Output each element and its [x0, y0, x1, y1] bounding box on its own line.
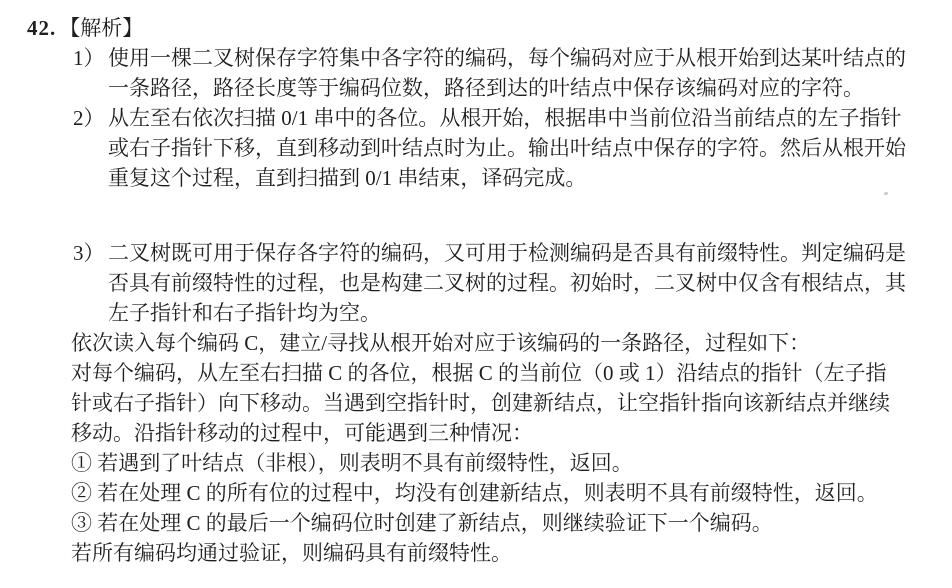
- text-line: 依次读入每个编码 C，建立/寻找从根开始对应于该编码的一条路径，过程如下：: [71, 328, 944, 358]
- text-line: 移动。沿指针移动的过程中，可能遇到三种情况：: [71, 418, 944, 448]
- line-text: 否具有前缀特性的过程，也是构建二叉树的过程。初始时，二叉树中仅含有根结点，其: [108, 271, 906, 295]
- line-text: 【解析】: [59, 16, 143, 40]
- line-marker: 42.: [27, 16, 56, 40]
- line-text: 若所有编码均通过验证，则编码具有前缀特性。: [71, 541, 512, 565]
- line-marker: 3）: [73, 238, 108, 268]
- line-text: 重复这个过程，直到扫描到 0/1 串结束，译码完成。: [108, 166, 586, 190]
- text-line: 42.【解析】: [27, 13, 944, 43]
- text-line: [27, 193, 944, 238]
- line-text: 移动。沿指针移动的过程中，可能遇到三种情况：: [71, 421, 533, 445]
- text-line: 1）使用一棵二叉树保存字符集中各字符的编码，每个编码对应于从根开始到达某叶结点的: [73, 43, 944, 73]
- text-line: 2）从左至右依次扫描 0/1 串中的各位。从根开始，根据串中当前位沿当前结点的左…: [73, 103, 944, 133]
- text-line: ① 若遇到了叶结点（非根），则表明不具有前缀特性，返回。: [71, 448, 944, 478]
- line-marker: ②: [71, 481, 92, 505]
- line-text: 或右子指针下移，直到移动到叶结点时为止。输出叶结点中保存的字符。然后从根开始: [108, 136, 906, 160]
- text-line: ② 若在处理 C 的所有位的过程中，均没有创建新结点，则表明不具有前缀特性，返回…: [71, 478, 944, 508]
- line-text: 从左至右依次扫描 0/1 串中的各位。从根开始，根据串中当前位沿当前结点的左子指…: [108, 106, 901, 130]
- line-text: 若在处理 C 的所有位的过程中，均没有创建新结点，则表明不具有前缀特性，返回。: [92, 481, 878, 505]
- document-page: 42.【解析】 1）使用一棵二叉树保存字符集中各字符的编码，每个编码对应于从根开…: [0, 0, 952, 588]
- line-marker: ①: [71, 451, 92, 475]
- text-line: 或右子指针下移，直到移动到叶结点时为止。输出叶结点中保存的字符。然后从根开始: [108, 133, 944, 163]
- text-line: 针或右子指针）向下移动。当遇到空指针时，创建新结点，让空指针指向该新结点并继续: [71, 388, 944, 418]
- line-text: 一条路径，路径长度等于编码位数，路径到达的叶结点中保存该编码对应的字符。: [108, 76, 864, 100]
- line-text: 若遇到了叶结点（非根），则表明不具有前缀特性，返回。: [92, 451, 633, 475]
- line-text: 若在处理 C 的最后一个编码位时创建了新结点，则继续验证下一个编码。: [92, 511, 773, 535]
- line-text: 左子指针和右子指针均为空。: [108, 301, 381, 325]
- line-text: 针或右子指针）向下移动。当遇到空指针时，创建新结点，让空指针指向该新结点并继续: [71, 391, 890, 415]
- line-text: 依次读入每个编码 C，建立/寻找从根开始对应于该编码的一条路径，过程如下：: [71, 331, 810, 355]
- line-text: 二叉树既可用于保存各字符的编码，又可用于检测编码是否具有前缀特性。判定编码是: [108, 241, 906, 265]
- line-marker: 1）: [73, 43, 108, 73]
- text-line: ③ 若在处理 C 的最后一个编码位时创建了新结点，则继续验证下一个编码。: [71, 508, 944, 538]
- text-line: 重复这个过程，直到扫描到 0/1 串结束，译码完成。: [108, 163, 944, 193]
- line-marker: ③: [71, 511, 92, 535]
- text-line: 否具有前缀特性的过程，也是构建二叉树的过程。初始时，二叉树中仅含有根结点，其: [108, 268, 944, 298]
- text-line: 左子指针和右子指针均为空。: [108, 298, 944, 328]
- line-marker: 2）: [73, 103, 108, 133]
- text-line: 若所有编码均通过验证，则编码具有前缀特性。: [71, 538, 944, 568]
- line-text: 使用一棵二叉树保存字符集中各字符的编码，每个编码对应于从根开始到达某叶结点的: [108, 46, 906, 70]
- text-line: 3）二叉树既可用于保存各字符的编码，又可用于检测编码是否具有前缀特性。判定编码是: [73, 238, 944, 268]
- line-text: 对每个编码，从左至右扫描 C 的各位，根据 C 的当前位（0 或 1）沿结点的指…: [71, 361, 887, 385]
- document-body: 42.【解析】 1）使用一棵二叉树保存字符集中各字符的编码，每个编码对应于从根开…: [27, 13, 944, 568]
- text-line: 对每个编码，从左至右扫描 C 的各位，根据 C 的当前位（0 或 1）沿结点的指…: [71, 358, 944, 388]
- text-line: 一条路径，路径长度等于编码位数，路径到达的叶结点中保存该编码对应的字符。: [108, 73, 944, 103]
